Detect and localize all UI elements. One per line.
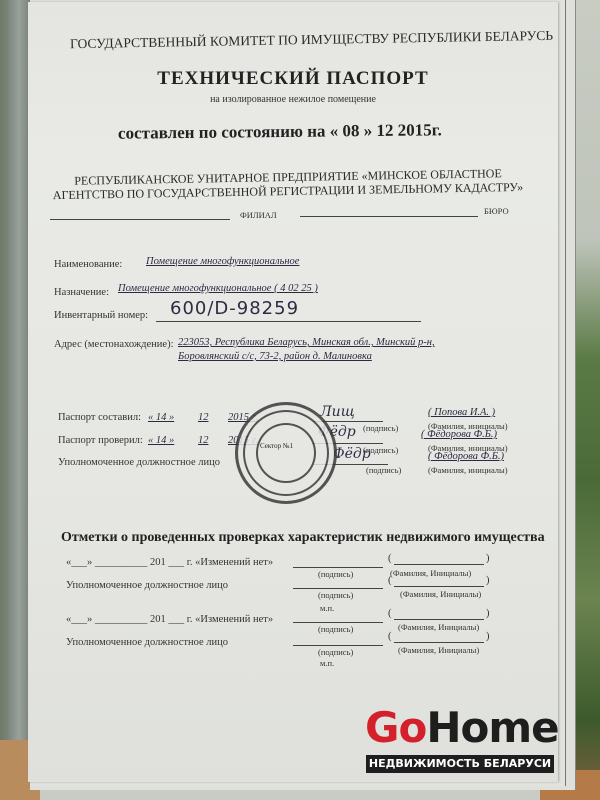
branch-label: ФИЛИАЛ bbox=[240, 210, 277, 220]
compiled-label: Паспорт составил: bbox=[58, 412, 141, 423]
purpose-label: Назначение: bbox=[54, 287, 109, 298]
logo-tagline: НЕДВИЖИМОСТЬ БЕЛАРУСИ bbox=[366, 755, 554, 773]
technical-passport-page: ГОСУДАРСТВЕННЫЙ КОМИТЕТ ПО ИМУЩЕСТВУ РЕС… bbox=[28, 2, 558, 782]
check-name-line bbox=[394, 564, 484, 565]
check-name-close: ) bbox=[486, 553, 490, 564]
official-stamp bbox=[235, 402, 337, 504]
name-label: Наименование: bbox=[54, 259, 122, 270]
check-seal: м.п. bbox=[320, 603, 334, 613]
stamp-text: Сектор №1 bbox=[260, 442, 293, 450]
check-seal: м.п. bbox=[320, 658, 334, 668]
check-official-signature-caption: (подпись) bbox=[318, 647, 353, 657]
compiled-day: « 14 » bbox=[148, 412, 174, 423]
bureau-label: БЮРО bbox=[484, 206, 509, 216]
check-official-signature-line bbox=[293, 645, 383, 646]
issuing-authority: ГОСУДАРСТВЕННЫЙ КОМИТЕТ ПО ИМУЩЕСТВУ РЕС… bbox=[70, 28, 553, 52]
check-official-signature-caption: (подпись) bbox=[318, 590, 353, 600]
inventory-label: Инвентарный номер: bbox=[54, 310, 148, 321]
check-signature-caption: (подпись) bbox=[318, 569, 353, 579]
logo-home: Home bbox=[426, 703, 558, 752]
check-official-name-caption: (Фамилия, Инициалы) bbox=[400, 589, 481, 599]
check-official-label: Уполномоченное должностное лицо bbox=[66, 637, 228, 648]
check-official-name-open: ( bbox=[388, 575, 392, 586]
checks-heading: Отметки о проведенных проверках характер… bbox=[61, 530, 545, 546]
purpose-value: Помещение многофункциональное ( 4 02 25 … bbox=[118, 283, 318, 294]
checked-day: « 14 » bbox=[148, 435, 174, 446]
address-label: Адрес (местонахождение): bbox=[54, 339, 174, 350]
official-name: ( Фёдорова Ф.Б.) bbox=[428, 451, 504, 462]
logo-go: Go bbox=[365, 703, 426, 752]
compiled-month: 12 bbox=[198, 412, 209, 423]
checked-month: 12 bbox=[198, 435, 209, 446]
check-official-name-caption: (Фамилия, Инициалы) bbox=[398, 645, 479, 655]
check-official-name-close: ) bbox=[486, 631, 490, 642]
check-official-name-open: ( bbox=[388, 631, 392, 642]
check-name-close: ) bbox=[486, 608, 490, 619]
check-name-line bbox=[394, 619, 484, 620]
check-official-name-line bbox=[394, 642, 484, 643]
check-name-open: ( bbox=[388, 553, 392, 564]
official-name-caption: (Фамилия, инициалы) bbox=[428, 465, 508, 475]
branch-line bbox=[50, 219, 230, 220]
check-signature-caption: (подпись) bbox=[318, 624, 353, 634]
compiled-signature-caption: (подпись) bbox=[363, 423, 398, 433]
official-signature: Фёдр bbox=[333, 446, 371, 462]
check-official-label: Уполномоченное должностное лицо bbox=[66, 580, 228, 591]
inventory-value: 600/D-98259 bbox=[170, 298, 299, 319]
check-date: «___» __________ 201 ___ г. «Изменений н… bbox=[66, 614, 273, 625]
check-name-caption: (Фамилия, Инициалы) bbox=[390, 568, 471, 578]
check-signature-line bbox=[293, 567, 383, 568]
address-line-2: Боровлянский с/с, 73-2, район д. Малинов… bbox=[178, 351, 372, 362]
check-official-signature-line bbox=[293, 588, 383, 589]
compiled-signature: Лищ bbox=[320, 404, 355, 420]
inventory-line bbox=[156, 321, 421, 322]
gohome-logo: GoHome bbox=[365, 703, 559, 752]
check-signature-line bbox=[293, 622, 383, 623]
check-date: «___» __________ 201 ___ г. «Изменений н… bbox=[66, 557, 273, 568]
name-value: Помещение многофункциональное bbox=[146, 256, 299, 267]
official-signature-caption: (подпись) bbox=[366, 465, 401, 475]
check-official-name-close: ) bbox=[486, 575, 490, 586]
check-name-caption: (Фамилия, Инициалы) bbox=[398, 622, 479, 632]
checked-label: Паспорт проверил: bbox=[58, 435, 143, 446]
document-title: ТЕХНИЧЕСКИЙ ПАСПОРТ bbox=[28, 68, 558, 90]
check-name-open: ( bbox=[388, 608, 392, 619]
state-date: составлен по состоянию на « 08 » 12 2015… bbox=[118, 120, 442, 143]
document-subtitle: на изолированное нежилое помещение bbox=[28, 94, 558, 105]
checked-name: ( Фёдорова Ф.Б.) bbox=[421, 429, 497, 440]
bureau-line bbox=[300, 216, 478, 217]
binder-clip bbox=[8, 0, 30, 800]
official-label: Уполномоченное должностное лицо bbox=[58, 457, 220, 468]
compiled-name: ( Попова И.А. ) bbox=[428, 407, 495, 418]
address-line-1: 223053, Республика Беларусь, Минская обл… bbox=[178, 337, 435, 348]
check-official-name-line bbox=[394, 586, 484, 587]
